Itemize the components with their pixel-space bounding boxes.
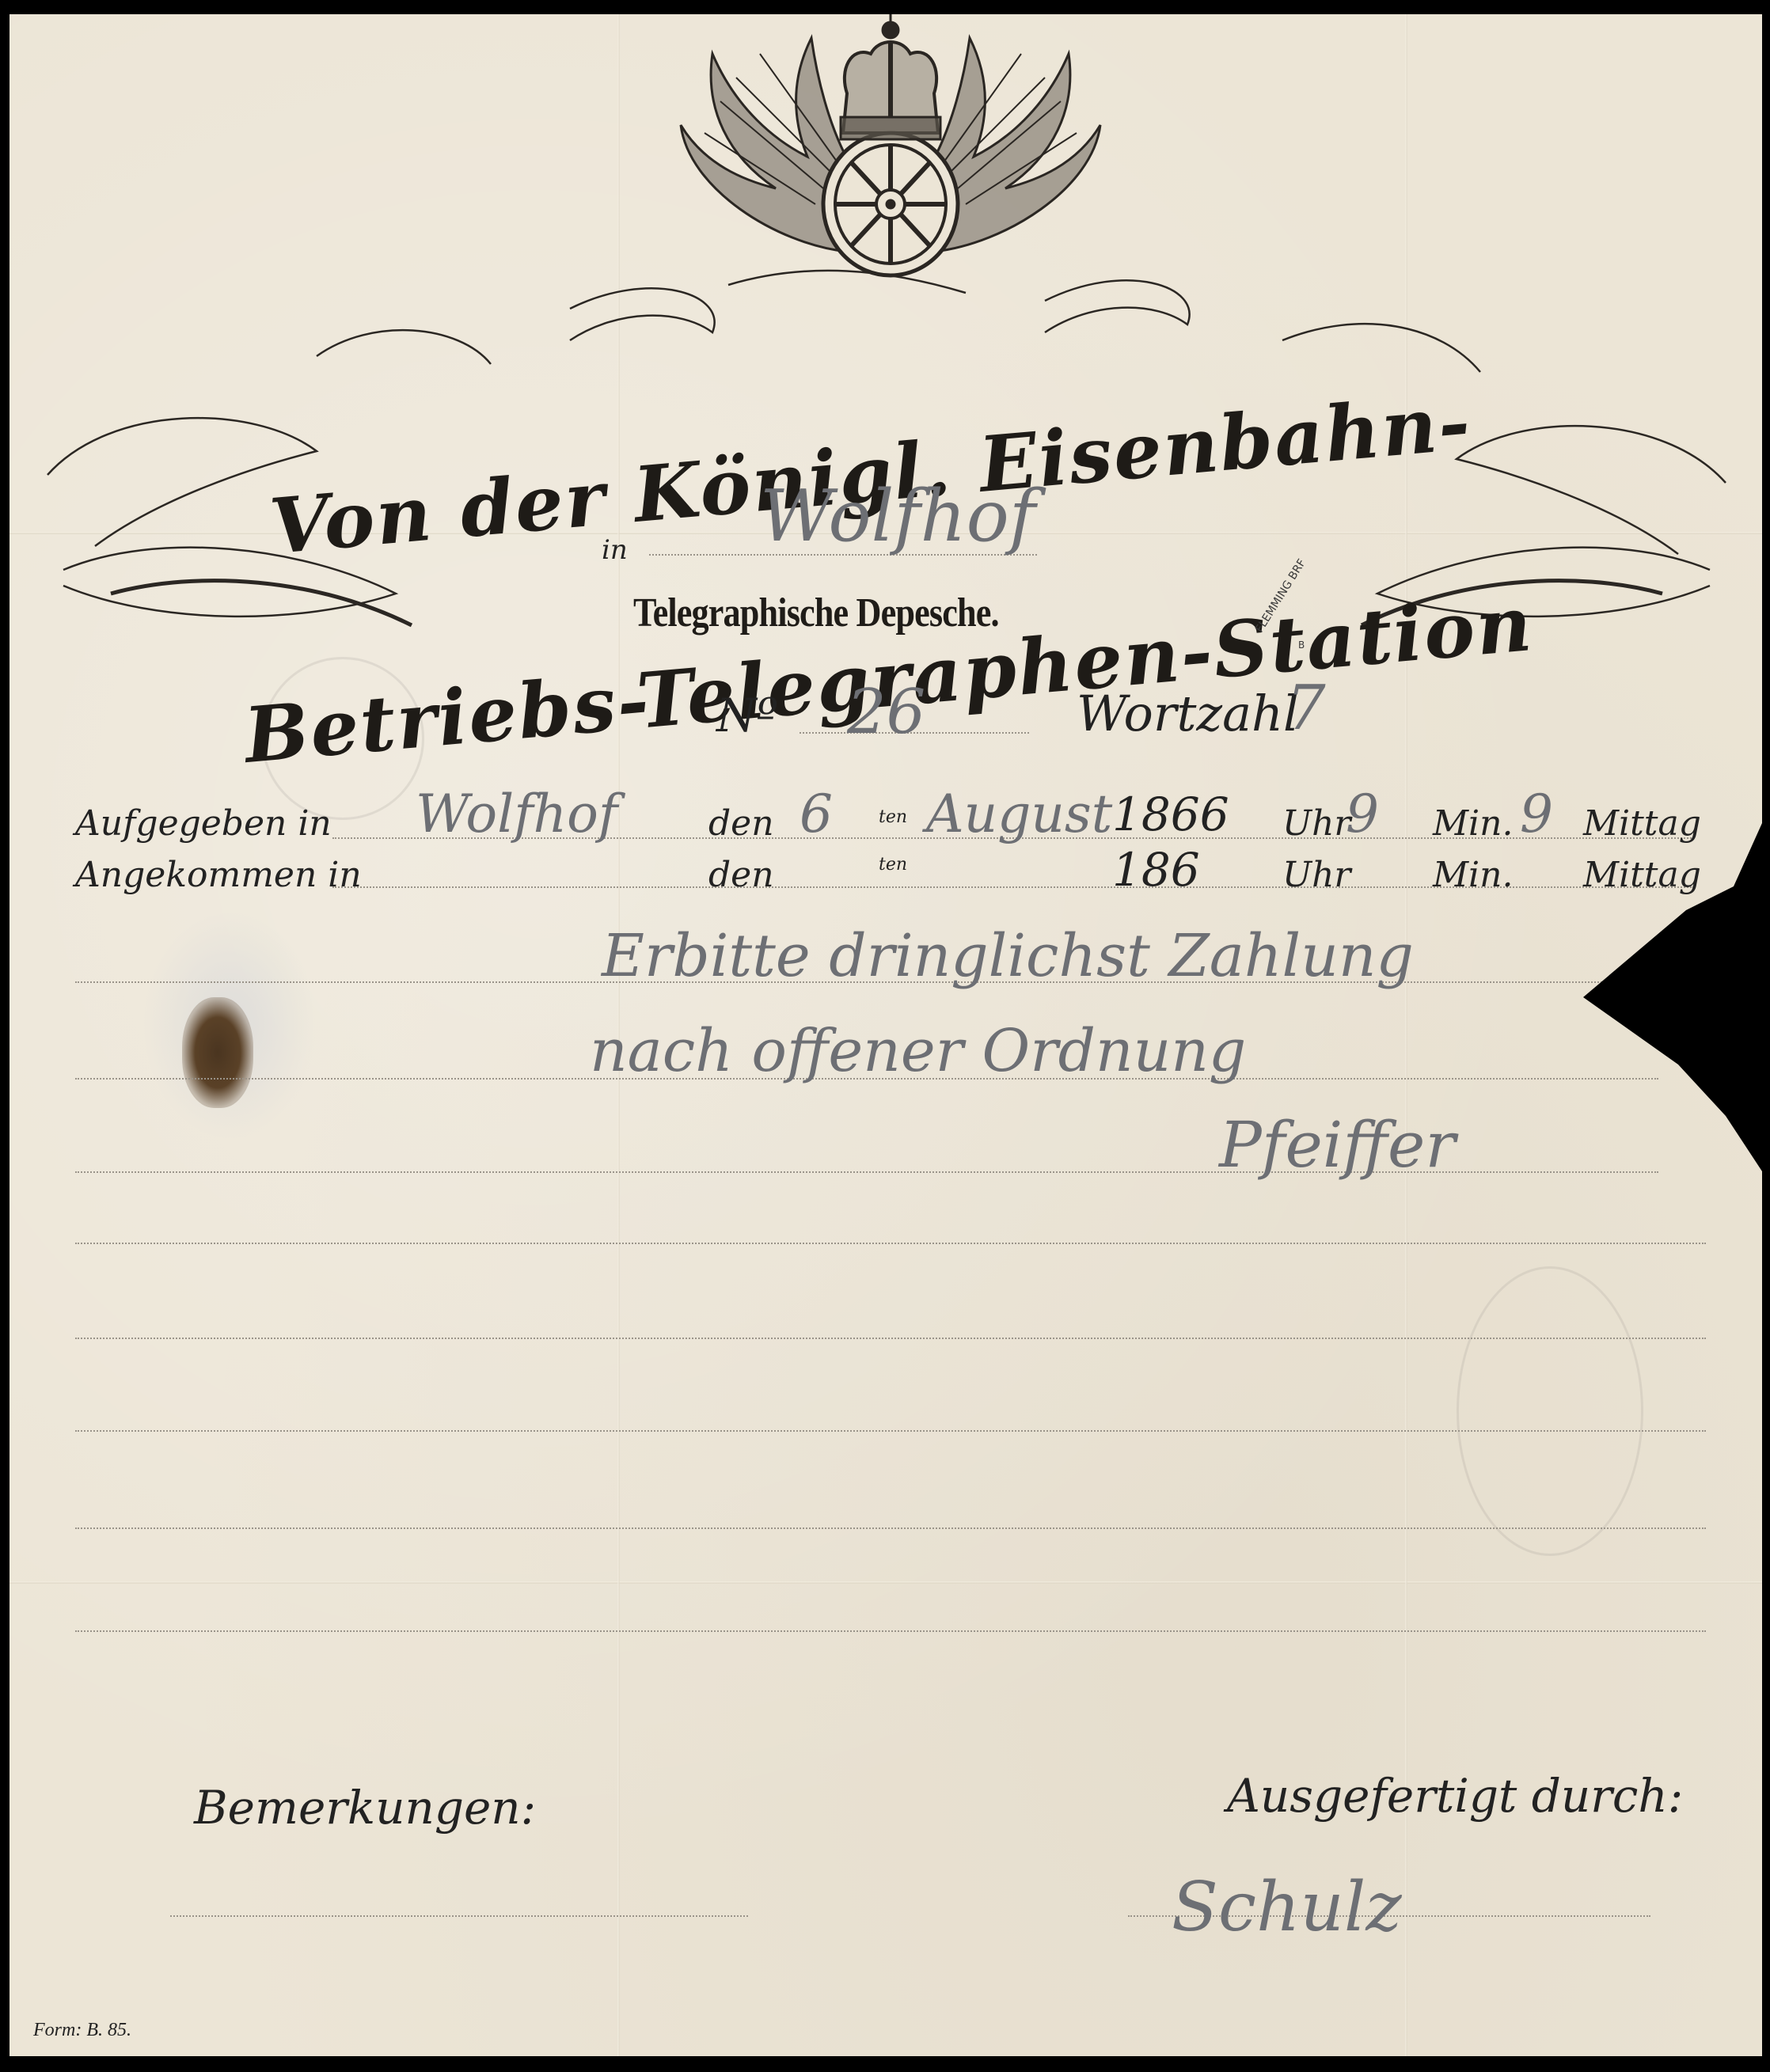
station-value: Wolfhof [760,475,1035,558]
sent-uhr-label: Uhr [1282,803,1350,844]
sent-mittag-label: Mittag [1583,803,1701,844]
number-label: Nº [716,689,778,742]
sent-ten-label: ten [879,807,907,827]
form-number: Form: B. 85. [33,2020,131,2041]
sent-month: August [926,784,1112,844]
message-line [75,1243,1706,1244]
station-in-label: in [602,534,628,566]
message-line-1: Erbitte dringlichst Zahlung [602,922,1414,990]
sent-minute: 9 [1520,784,1553,844]
sent-hour: 9 [1346,784,1379,844]
received-min-label: Min. [1433,855,1513,895]
sent-from-label: Aufgegeben in [75,803,332,844]
message-line [75,1338,1706,1339]
document-title: Telegraphische Depesche. [633,590,999,636]
wordcount-value: 7 [1286,673,1326,744]
sent-min-label: Min. [1433,803,1513,844]
prepared-by-label: Ausgefertigt durch: [1227,1769,1683,1823]
crown-winged-wheel-emblem-icon [657,6,1124,279]
message-line [75,1527,1706,1529]
sent-year: 1866 [1112,787,1229,841]
remarks-label: Bemerkungen: [194,1781,536,1835]
fold-crease [9,1581,1762,1584]
message-signature: Pfeiffer [1219,1108,1456,1182]
received-in-label: Angekommen in [75,855,362,895]
seal-stain [182,997,253,1108]
received-year: 186 [1112,843,1200,897]
received-mittag-label: Mittag [1583,855,1701,895]
printer-mark-sub: B [1298,639,1305,651]
prepared-by-signature: Schulz [1172,1868,1402,1947]
wordcount-label: Wortzahl [1077,685,1299,742]
message-line [75,1430,1706,1432]
remarks-line [170,1915,748,1917]
faded-postmark [1457,1266,1643,1556]
message-line [75,1630,1706,1632]
message-line-2: nach offener Ordnung [590,1017,1246,1085]
received-den-label: den [708,855,774,895]
number-value: 26 [847,677,925,748]
sent-den-label: den [708,803,774,844]
received-ten-label: ten [879,855,907,875]
received-uhr-label: Uhr [1282,855,1350,895]
sent-place: Wolfhof [416,784,617,844]
sent-day: 6 [800,784,833,844]
